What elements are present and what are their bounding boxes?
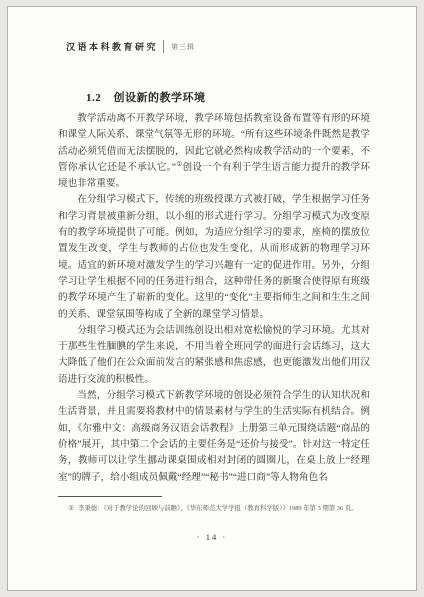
book-title: 汉语本科教育研究 [66,40,158,53]
running-header: 汉语本科教育研究 第三辑 [66,40,195,53]
paragraph-3: 分组学习模式还为会话训练创设出相对宽松愉悦的学习环境。尤其对于那些生性腼腆的学生… [58,323,370,388]
scan-background: 汉语本科教育研究 第三辑 1.2 创设新的教学环境 教学活动离不开教学环境，教学… [0,0,424,597]
body-text: 教学活动离不开教学环境，教学环境包括教室设备布置等有形的环境和课堂人际关系、课堂… [58,111,370,486]
footnote-marker: ① [68,505,74,512]
footnote: ①李秉德：《对于教学论的回顾与前瞻》，《华东师范大学学报（教育科学版）》1989… [58,504,372,514]
section-number: 1.2 [86,92,101,104]
book-page: 汉语本科教育研究 第三辑 1.2 创设新的教学环境 教学活动离不开教学环境，教学… [7,6,417,591]
page-number: · 14 · [8,532,416,542]
section-heading: 1.2 创设新的教学环境 [86,89,206,105]
paragraph-4: 当然，分组学习模式下新教学环境的创设必须符合学生的认知状况和生活背景，并且需要将… [58,388,370,486]
header-divider [163,40,164,53]
section-title: 创设新的教学环境 [114,92,206,104]
volume-label: 第三辑 [171,42,195,52]
paragraph-1: 教学活动离不开教学环境，教学环境包括教室设备布置等有形的环境和课堂人际关系、课堂… [58,111,370,192]
footnote-text: 李秉德：《对于教学论的回顾与前瞻》，《华东师范大学学报（教育科学版）》1989 … [78,505,358,512]
footnote-divider [58,496,162,497]
paragraph-2: 在分组学习模式下，传统的班级授课方式被打破，学生根据学习任务和学习背景被重新分组… [58,192,370,322]
